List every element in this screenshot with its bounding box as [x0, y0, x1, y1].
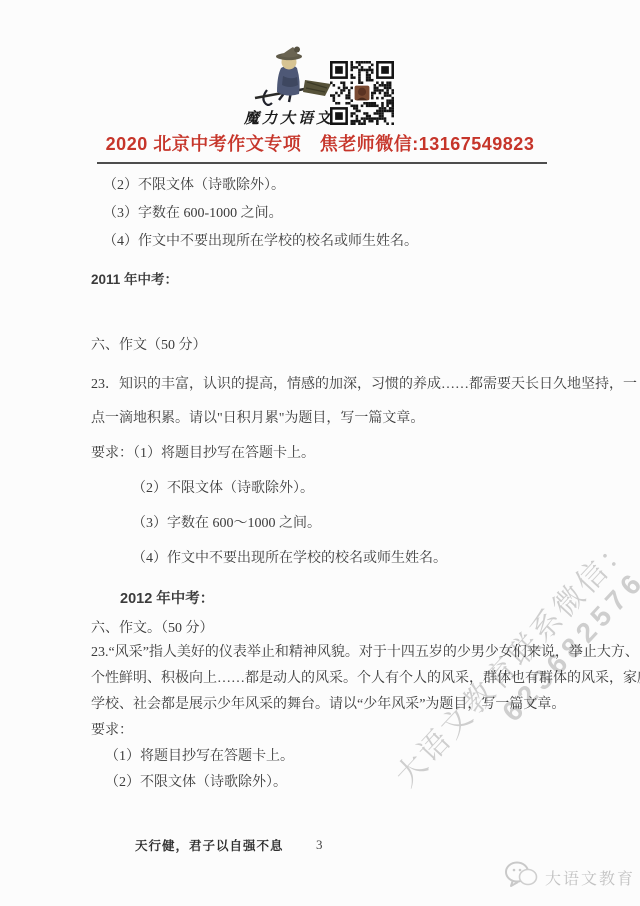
section-subheading-2011: 六、作文（50 分） [91, 336, 553, 356]
requirement-line: （2）不限文体（诗歌除外）。 [91, 770, 553, 796]
brand-name: 大语文教育 [545, 866, 635, 889]
page-number: 3 [316, 837, 323, 853]
requirement-line: （2）不限文体（诗歌除外）。 [103, 172, 553, 200]
prompt-2012: 23.“风采”指人美好的仪表举止和精神风貌。对于十四五岁的少男少女们来说，举止大… [91, 640, 553, 718]
document-body: （2）不限文体（诗歌除外）。 （3）字数在 600-1000 之间。 （4）作文… [91, 169, 553, 796]
requirement-line: （3）字数在 600～1000 之间。 [91, 506, 553, 541]
requirement-label: 要求： [91, 718, 553, 744]
requirements-2011: 要求：（1）将题目抄写在答题卡上。 （2）不限文体（诗歌除外）。 （3）字数在 … [91, 436, 553, 576]
wechat-icon [505, 861, 538, 894]
requirement-line: （4）作文中不要出现所在学校的校名或师生姓名。 [103, 228, 553, 256]
prompt-line: 学校、社会都是展示少年风采的舞台。请以“少年风采”为题目，写一篇文章。 [91, 692, 553, 718]
requirements-2012: 要求： （1）将题目抄写在答题卡上。 （2）不限文体（诗歌除外）。 [91, 718, 553, 796]
requirement-line: （3）字数在 600-1000 之间。 [103, 200, 553, 228]
banner-title: 2020 北京中考作文专项 焦老师微信:13167549823 [60, 130, 580, 156]
requirement-line: （1）将题目抄写在答题卡上。 [91, 744, 553, 770]
prompt-2011: 23．知识的丰富，认识的提高，情感的加深，习惯的养成……都需要天长日久地坚持，一… [91, 368, 553, 436]
document-page: 魔力大语文 2020 北京中考作文专项 焦老师微信:13167549823 大语… [0, 0, 640, 906]
prompt-line: 个性鲜明、积极向上……都是动人的风采。个人有个人的风采，群体也有群体的风采，家庭… [91, 666, 553, 692]
header-divider [97, 162, 547, 164]
requirement-line: （2）不限文体（诗歌除外）。 [91, 471, 553, 506]
brand-footer: 大语文教育 [505, 861, 635, 894]
requirement-line: 要求：（1）将题目抄写在答题卡上。 [91, 436, 553, 471]
requirement-line: （4）作文中不要出现所在学校的校名或师生姓名。 [91, 541, 553, 576]
section-subheading-2012: 六、作文。（50 分） [91, 618, 553, 640]
prompt-line: 点一滴地积累。请以"日积月累"为题目，写一篇文章。 [91, 402, 553, 436]
qr-code-image [330, 61, 394, 125]
logo-caption: 魔力大语文 [243, 107, 335, 128]
footer-motto: 天行健，君子以自强不息 [135, 836, 284, 854]
prompt-line: 23．知识的丰富，认识的提高，情感的加深，习惯的养成……都需要天长日久地坚持，一 [91, 368, 553, 402]
logo: 魔力大语文 [243, 46, 335, 128]
witch-broom-icon [243, 46, 335, 106]
prompt-line: 23.“风采”指人美好的仪表举止和精神风貌。对于十四五岁的少男少女们来说，举止大… [91, 640, 553, 666]
section-heading-2012: 2012 年中考： [91, 588, 553, 610]
top-requirements: （2）不限文体（诗歌除外）。 （3）字数在 600-1000 之间。 （4）作文… [91, 172, 553, 256]
section-heading-2011: 2011 年中考： [91, 270, 553, 290]
